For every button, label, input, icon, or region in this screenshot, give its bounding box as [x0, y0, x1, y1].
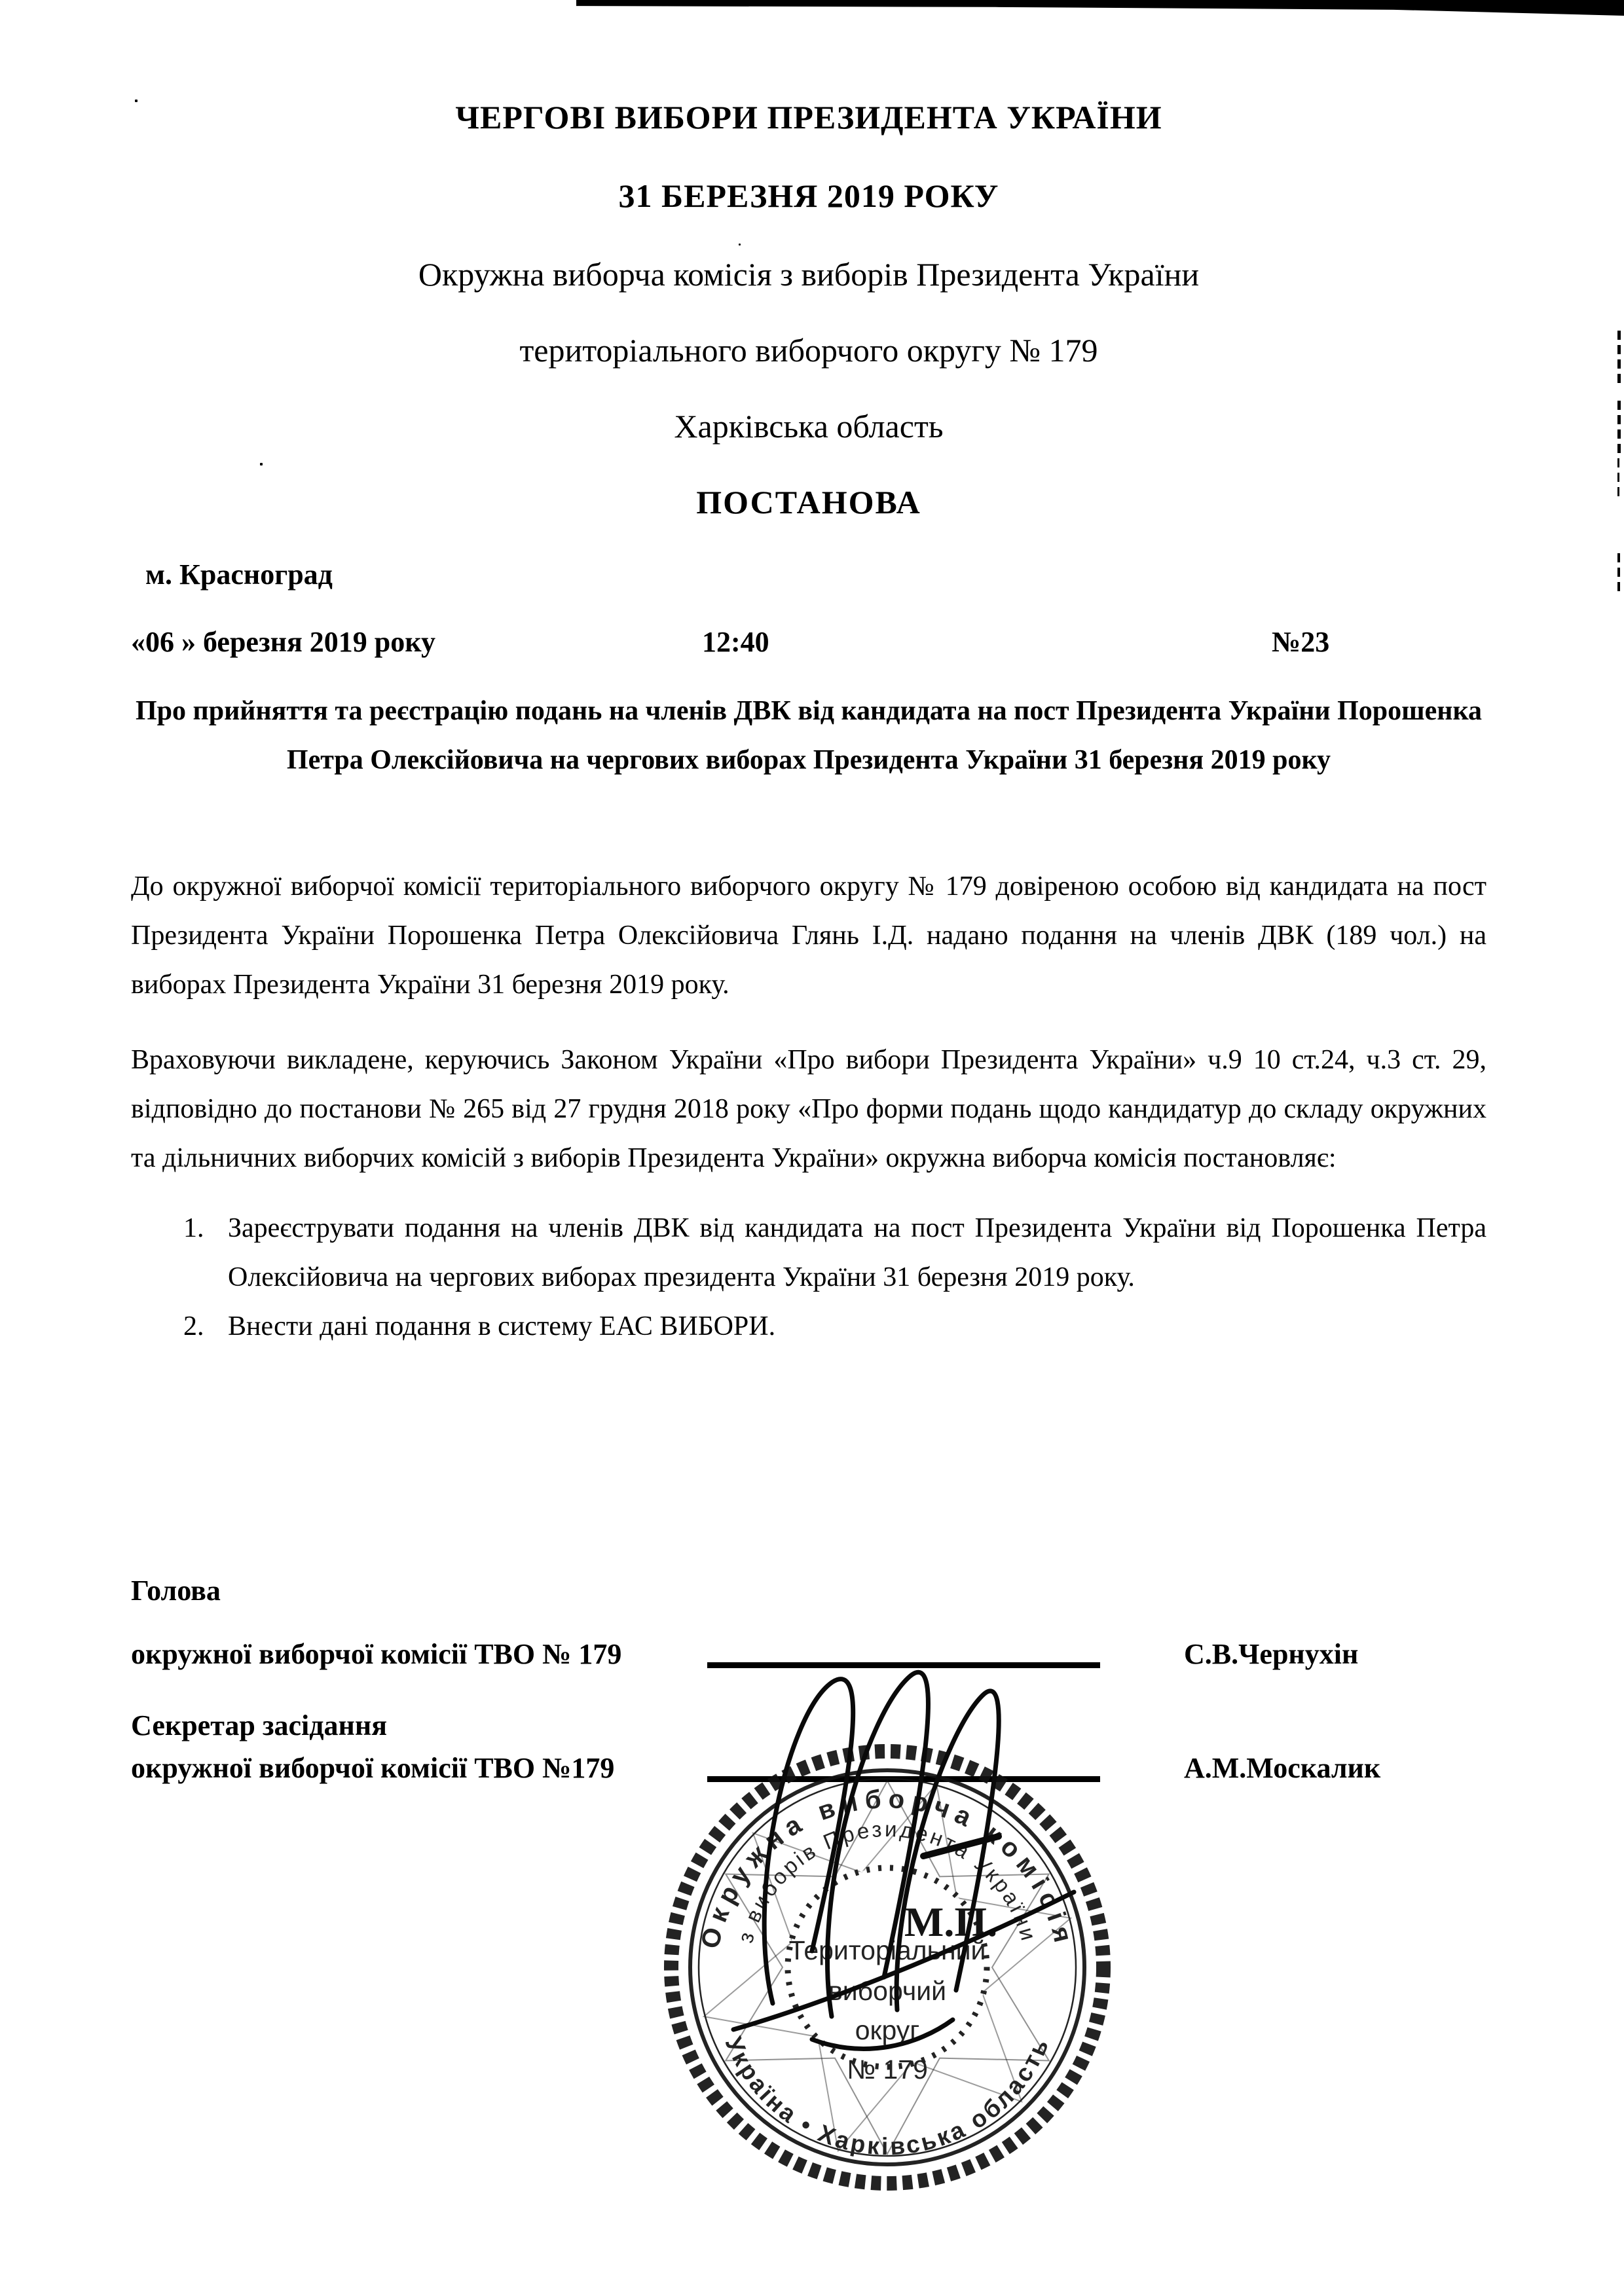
resolution-item-1-text: Зареєструвати подання на членів ДВК від …: [228, 1204, 1486, 1302]
scanned-document-page: { "document": { "header": { "line1": "ЧЕ…: [0, 0, 1624, 2296]
meta-time: 12:40: [702, 625, 769, 659]
header-election-title: ЧЕРГОВІ ВИБОРИ ПРЕЗИДЕНТА УКРАЇНИ: [131, 98, 1486, 136]
scan-artifact-right-dash-2: [1617, 401, 1621, 453]
scan-artifact-right-dash-1: [1617, 331, 1621, 386]
meta-number: №23: [1272, 625, 1329, 659]
handwritten-signature: [616, 1584, 1205, 2056]
meta-date: «06 » березня 2019 року: [131, 625, 435, 659]
scan-speck: [135, 100, 138, 102]
signature-crossbar: [923, 1836, 999, 1856]
signature-name-head: С.В.Чернухін: [1184, 1637, 1358, 1671]
resolution-item-2: 2. Внести дані подання в систему ЕАС ВИБ…: [177, 1302, 1486, 1351]
meta-row: «06 » березня 2019 року 12:40 №23: [131, 625, 1486, 667]
resolution-item-2-number: 2.: [177, 1302, 228, 1351]
signature-strokes: [616, 1584, 1205, 2056]
resolution-item-1: 1. Зареєструвати подання на членів ДВК в…: [177, 1204, 1486, 1302]
header-region: Харківська область: [131, 407, 1486, 445]
scan-speck: [260, 463, 263, 465]
stamp-center-line-4: № 179: [847, 2054, 928, 2085]
resolution-item-1-number: 1.: [177, 1204, 228, 1302]
body-paragraph-2: Враховуючи викладене, керуючись Законом …: [131, 1036, 1486, 1183]
header-commission: Окружна виборча комісія з виборів Презид…: [131, 255, 1486, 293]
header-district: територіального виборчого округу № 179: [131, 331, 1486, 369]
scan-speck: [739, 244, 741, 246]
header-election-date: 31 БЕРЕЗНЯ 2019 РОКУ: [131, 177, 1486, 215]
document-type-heading: ПОСТАНОВА: [131, 483, 1486, 521]
resolution-title: Про прийняття та реєстрацію подань на чл…: [131, 687, 1486, 785]
scan-artifact-right-dash-3: [1617, 458, 1619, 496]
resolution-item-2-text: Внести дані подання в систему ЕАС ВИБОРИ…: [228, 1302, 1486, 1351]
scan-artifact-right-dash-4: [1617, 553, 1620, 594]
signature-lower-flourish: [812, 2020, 953, 2049]
signature-name-secretary: А.М.Москалик: [1184, 1751, 1380, 1785]
body-paragraph-1: До окружної виборчої комісії територіаль…: [131, 862, 1486, 1010]
meta-city: м. Красноград: [145, 558, 1486, 591]
